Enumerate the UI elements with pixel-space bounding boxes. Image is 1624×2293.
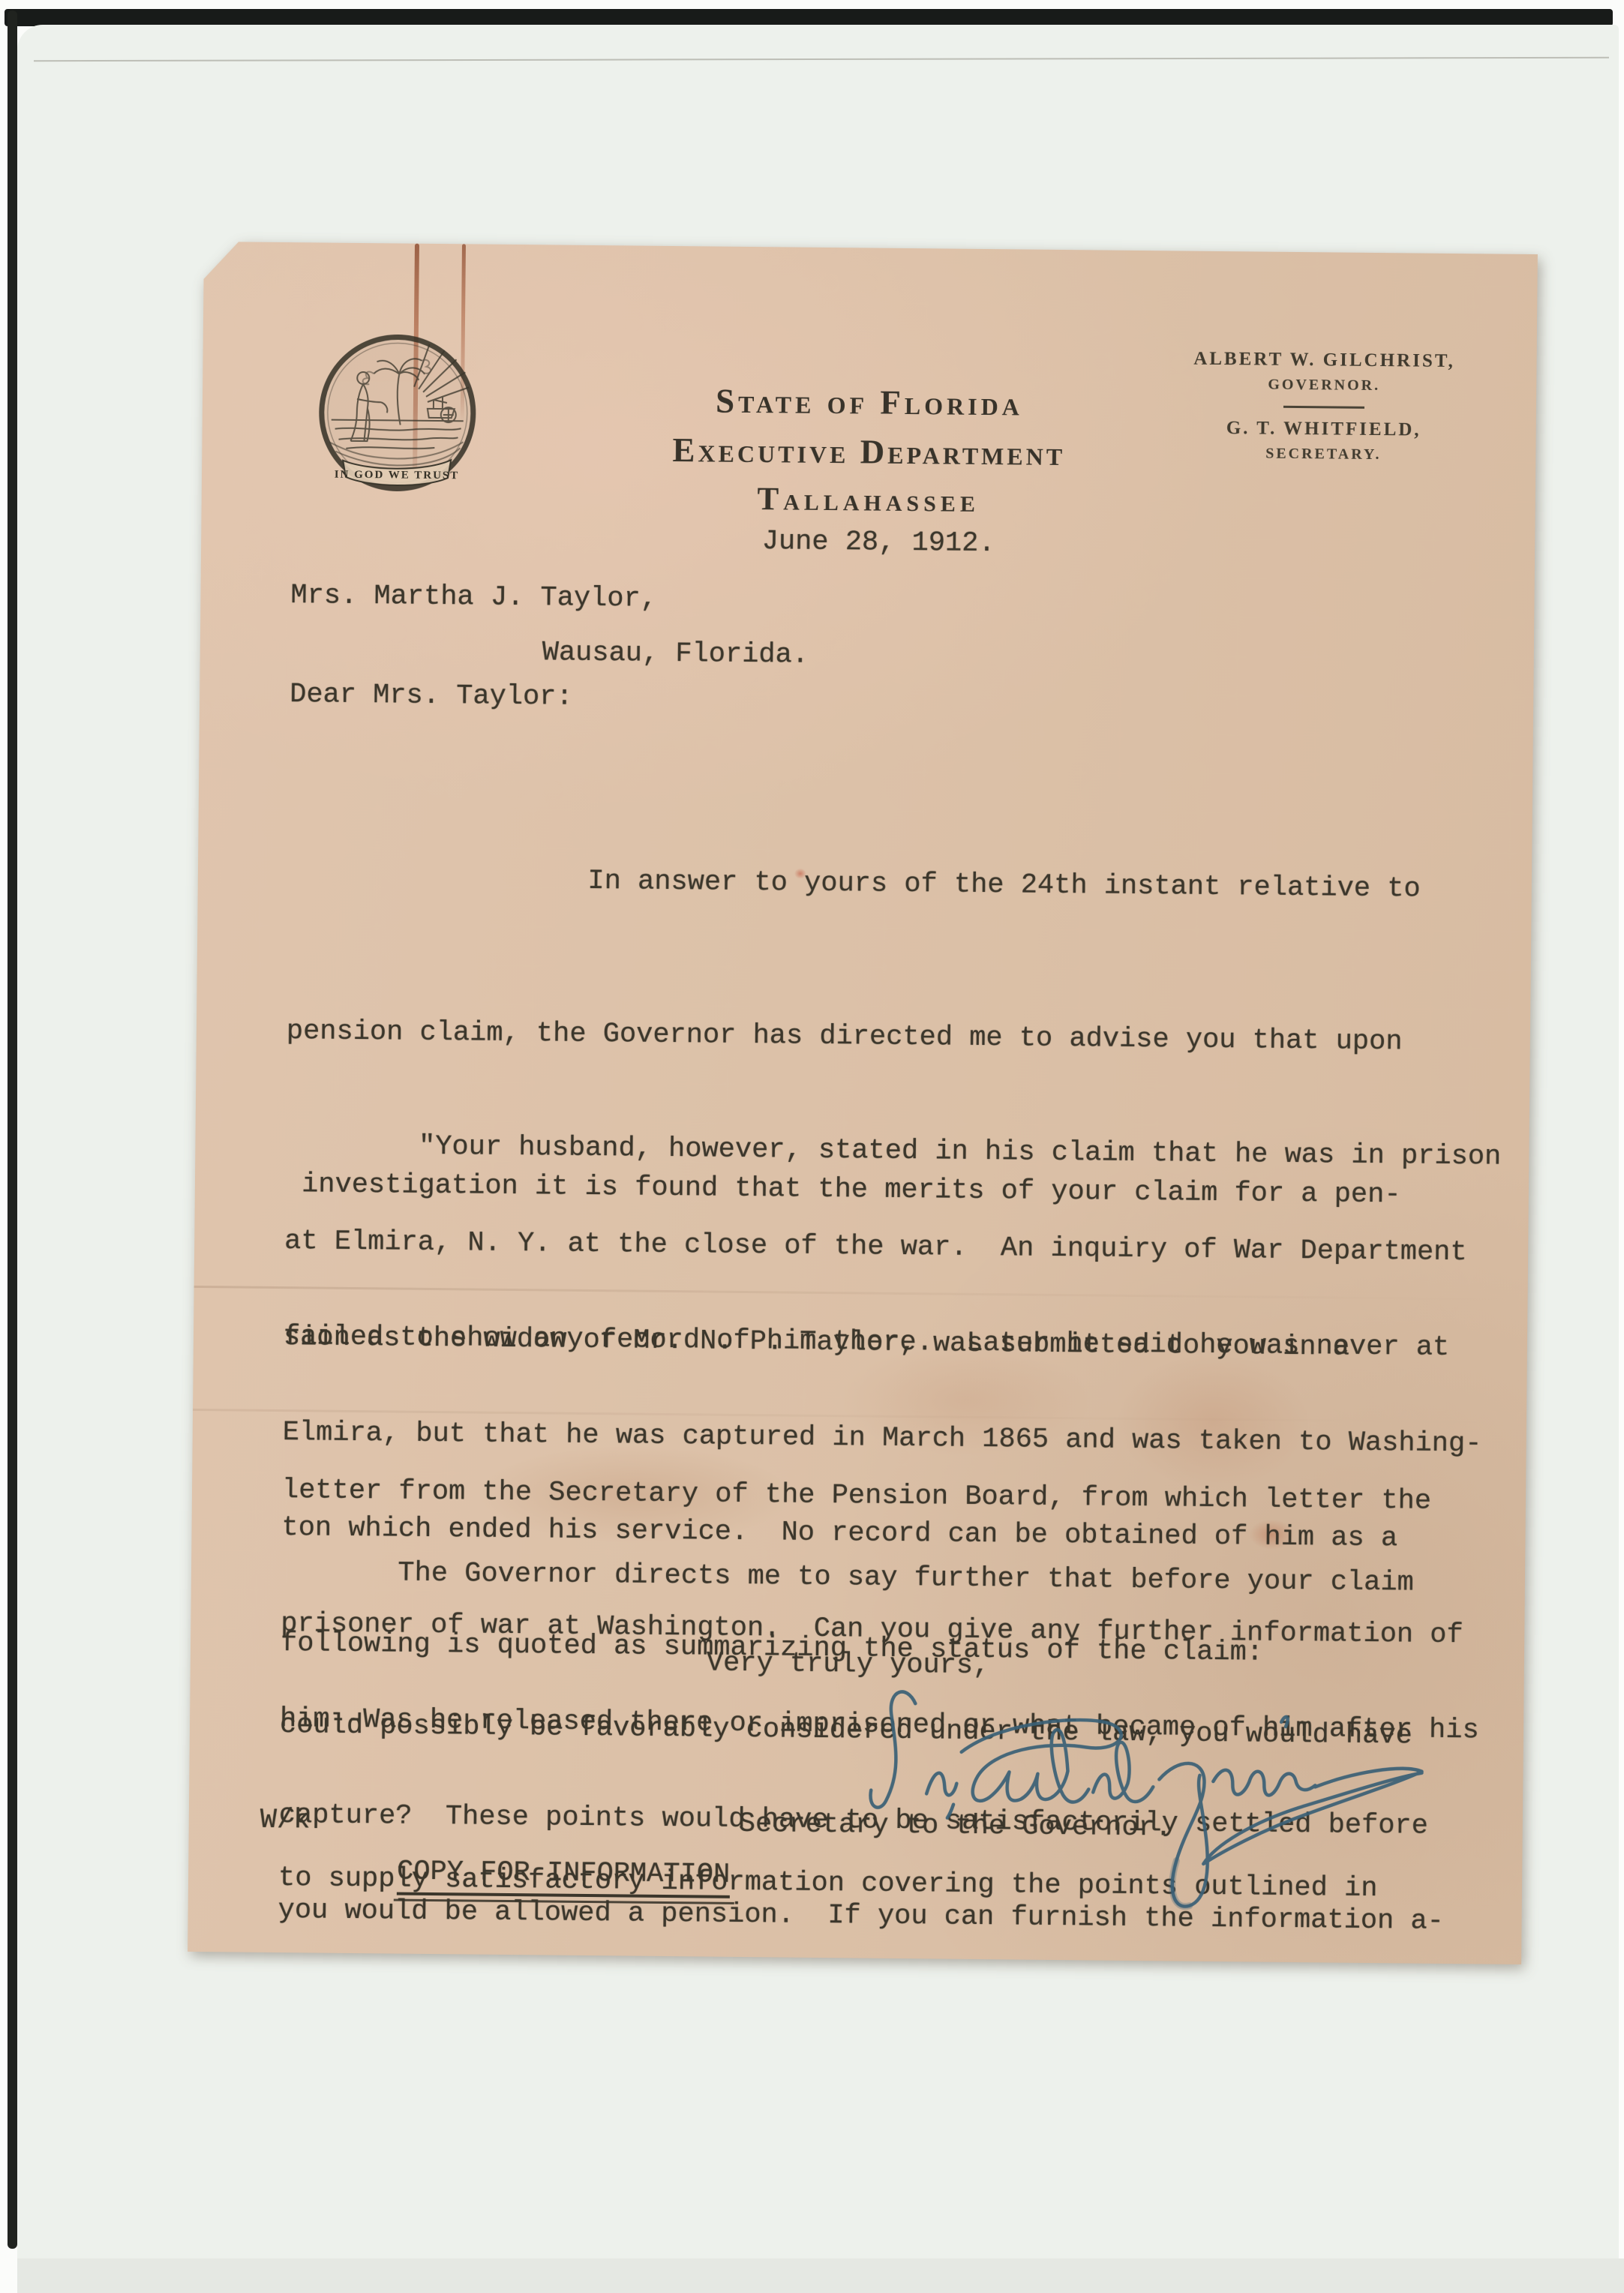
date-line: June 28, 1912. bbox=[212, 521, 1545, 565]
officials-block: ALBERT W. GILCHRIST, GOVERNOR. G. T. WHI… bbox=[1094, 347, 1553, 465]
governor-name: ALBERT W. GILCHRIST, bbox=[1095, 347, 1553, 373]
letter-line: at Elmira, N. Y. at the close of the war… bbox=[284, 1226, 1500, 1269]
paper-surface: IN GOD WE TRUST State of Florida Executi… bbox=[188, 242, 1538, 1964]
salutation: Dear Mrs. Taylor: bbox=[290, 679, 573, 713]
letter-line: In answer to yours of the 24th instant r… bbox=[288, 853, 1438, 915]
letter-paper: IN GOD WE TRUST State of Florida Executi… bbox=[188, 242, 1538, 1964]
letter-line: "Your husband, however, stated in his cl… bbox=[285, 1130, 1501, 1173]
scanner-bottom-strip bbox=[17, 2258, 1624, 2293]
typist-initials: W/k bbox=[260, 1805, 311, 1837]
letterhead-city-line: Tallahassee bbox=[202, 476, 1535, 525]
governor-title: GOVERNOR. bbox=[1095, 374, 1553, 396]
signature-ink bbox=[859, 1679, 1431, 1947]
letter-line: The Governor directs me to say further t… bbox=[281, 1547, 1414, 1608]
scanner-left-band bbox=[8, 11, 17, 2249]
scanner-top-band bbox=[5, 9, 1613, 26]
recipient-city: Wausau, Florida. bbox=[542, 637, 809, 671]
letter-line: failed to show any record of him there. … bbox=[284, 1321, 1499, 1364]
officials-divider bbox=[1283, 406, 1364, 409]
letter-line: pension claim, the Governor has directed… bbox=[287, 1006, 1436, 1068]
recipient-name: Mrs. Martha J. Taylor, bbox=[290, 580, 657, 615]
closing-line: Very truly yours, bbox=[707, 1648, 990, 1682]
secretary-name: G. T. WHITFIELD, bbox=[1095, 416, 1553, 442]
copy-for-information-stamp: COPY FOR INFORMATION bbox=[397, 1856, 731, 1898]
